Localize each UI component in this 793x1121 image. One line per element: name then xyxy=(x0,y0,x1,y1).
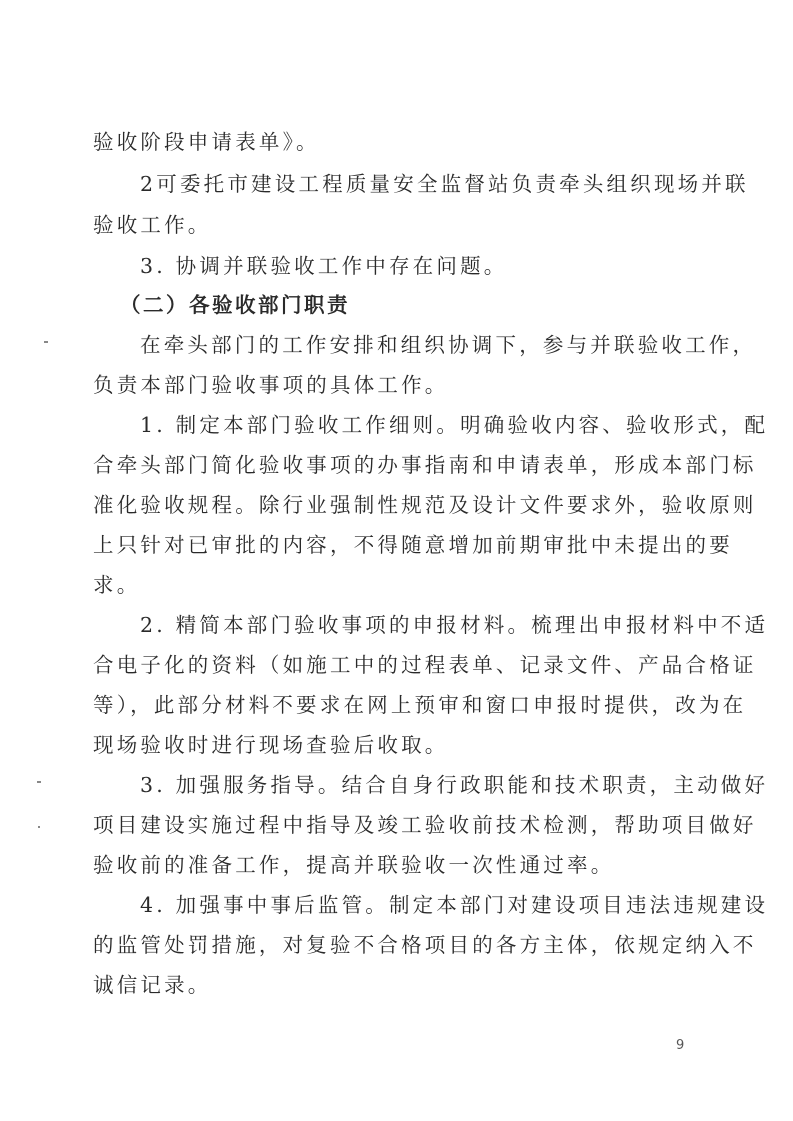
section-heading: （二）各验收部门职责 xyxy=(120,293,350,317)
text-line: 负责本部门验收事项的具体工作。 xyxy=(93,373,449,397)
text-line: 项目建设实施过程中指导及竣工验收前技术检测，帮助项目做好 xyxy=(93,813,757,837)
text-line: 验收阶段申请表单》。 xyxy=(93,130,320,154)
text-line: 1. 制定本部门验收工作细则。明确验收内容、验收形式，配 xyxy=(140,413,768,437)
text-line: 诚信记录。 xyxy=(93,973,212,997)
text-line: 4. 加强事中事后监管。制定本部门对建设项目违法违规建设 xyxy=(140,893,768,917)
text-line: 合电子化的资料（如施工中的过程表单、记录文件、产品合格证 xyxy=(93,653,757,677)
text-line: 验收工作。 xyxy=(93,213,212,237)
text-line: 准化验收规程。除行业强制性规范及设计文件要求外，验收原则 xyxy=(93,493,757,517)
text-line: 验收前的准备工作，提高并联验收一次性通过率。 xyxy=(93,853,614,877)
scan-speck xyxy=(44,341,48,343)
text-line: 求。 xyxy=(93,573,140,597)
document-page: 验收阶段申请表单》。 2可委托市建设工程质量安全监督站负责牵头组织现场并联 验收… xyxy=(0,0,793,1121)
text-line: 等），此部分材料不要求在网上预审和窗口申报时提供，改为在 xyxy=(93,693,746,717)
text-line: 3. 加强服务指导。结合自身行政职能和技术职责，主动做好 xyxy=(140,773,768,797)
text-line: 的监管处罚措施，对复验不合格项目的各方主体，依规定纳入不 xyxy=(93,933,757,957)
text-line: 在牵头部门的工作安排和组织协调下，参与并联验收工作， xyxy=(140,333,756,357)
text-line: 3. 协调并联验收工作中存在问题。 xyxy=(140,254,507,278)
scan-speck xyxy=(38,826,40,828)
text-line: 2可委托市建设工程质量安全监督站负责牵头组织现场并联 xyxy=(140,172,749,196)
text-line: 现场验收时进行现场查验后收取。 xyxy=(93,733,449,757)
text-line: 2. 精简本部门验收事项的申报材料。梳理出申报材料中不适 xyxy=(140,613,768,637)
text-line: 合牵头部门简化验收事项的办事指南和申请表单，形成本部门标 xyxy=(93,453,757,477)
scan-speck xyxy=(37,781,41,783)
text-line: 上只针对已审批的内容，不得随意增加前期审批中未提出的要 xyxy=(93,533,733,557)
page-number: 9 xyxy=(676,1038,684,1053)
